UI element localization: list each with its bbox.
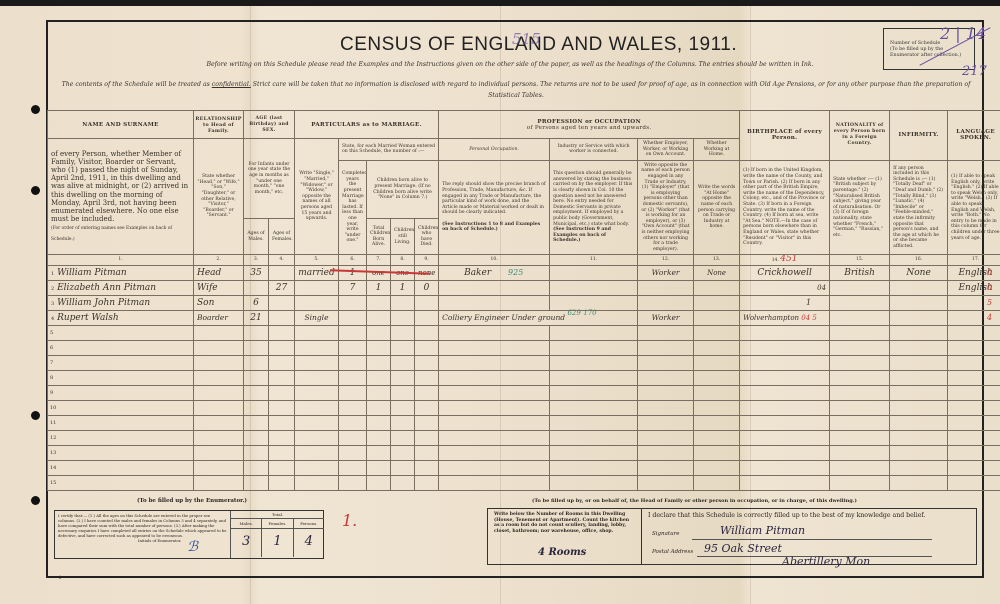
page-title: CENSUS OF ENGLAND AND WALES, 1911. <box>340 34 670 56</box>
col-name-instruction: of every Person, whether Member of Famil… <box>48 139 194 255</box>
signature-label: Signature <box>652 531 680 537</box>
col-number: 16. <box>890 255 948 266</box>
rooms-value: 4 Rooms <box>538 550 586 556</box>
total-persons: Persons.4 <box>294 519 324 557</box>
age-male-cell: 21 <box>244 311 269 326</box>
page-number: 4 <box>58 575 61 581</box>
infirmity-instruction: If any person included in this Schedule … <box>890 160 948 255</box>
row-number: 10 <box>48 401 194 416</box>
col-age-instruction: For Infants under one year state the age… <box>244 139 295 219</box>
row-number: 9 <box>48 386 194 401</box>
rooms-instruction: Write below the Number of Rooms in this … <box>494 512 635 534</box>
age-female-cell <box>269 296 295 311</box>
condition-cell: married <box>295 266 339 281</box>
head-section-label: (To be filled up by, or on behalf of, th… <box>532 498 972 504</box>
col-number: 17. <box>948 255 1000 266</box>
children-died-cell: 0 <box>415 281 439 296</box>
employer-cell <box>638 296 694 311</box>
table-row: 8 <box>48 371 1000 386</box>
margin-code: 4 <box>987 313 992 322</box>
punch-hole-icon <box>31 105 40 114</box>
children-living-cell <box>391 296 415 311</box>
children-died-cell <box>415 296 439 311</box>
table-row: 12 <box>48 431 1000 446</box>
margin-code: 0 <box>987 268 992 277</box>
children-living-cell: 1 <box>391 281 415 296</box>
row-number: 13 <box>48 446 194 461</box>
col-number: 12. <box>638 255 694 266</box>
occupation-cell: Colliery Engineer Under ground 629 170 <box>439 311 638 326</box>
relationship-cell: Boarder <box>194 311 244 326</box>
col-number: 10. <box>439 255 550 266</box>
children-total-cell <box>367 296 391 311</box>
red-mark: 1. <box>342 511 357 530</box>
enumerator-initials: ℬ <box>187 539 198 555</box>
col-nationality-heading: NATIONALITY of every Person born in a Fo… <box>830 111 890 161</box>
confidential-notice: The contents of the Schedule will be tre… <box>56 79 976 101</box>
birthplace-cell: Crickhowell <box>740 266 830 281</box>
schedule-number-corrected: 217 <box>962 64 987 79</box>
enumerator-section-label: (To be filled up by the Enumerator.) <box>102 498 282 504</box>
years-married-cell <box>339 311 367 326</box>
language-cell <box>948 311 1000 326</box>
col-number: 2. <box>194 255 244 266</box>
employer-cell: Worker <box>638 266 694 281</box>
table-row: 4 Rupert Walsh Boarder 21 Single Collier… <box>48 311 1000 326</box>
confidential-word: confidential. <box>212 81 251 88</box>
col-number: 5. <box>295 255 339 266</box>
signature-line <box>692 539 932 540</box>
col-relationship-instruction: State whether "Head," or "Wife," "Son," … <box>194 139 244 255</box>
relationship-cell: Wife <box>194 281 244 296</box>
col-number: 8. <box>391 255 415 266</box>
col-number: 1. <box>48 255 194 266</box>
margin-code: 0 <box>987 283 992 292</box>
nationality-cell: British <box>830 266 890 281</box>
infirmity-cell: None <box>890 266 948 281</box>
children-total-cell: 1 <box>367 281 391 296</box>
table-row: 3 William John Pitman Son 6 1 <box>48 296 1000 311</box>
punch-hole-icon <box>31 411 40 420</box>
birthplace-cell: 04 <box>740 281 830 296</box>
industry-heading: Industry or Service with which worker is… <box>550 139 638 161</box>
row-number: 5 <box>48 326 194 341</box>
relationship-cell: Son <box>194 296 244 311</box>
instruction-line: Before writing on this Schedule please r… <box>100 61 920 68</box>
condition-cell <box>295 296 339 311</box>
col-condition-instruction: Write "Single," "Married," "Widower," or… <box>295 139 339 255</box>
col-number: 4. <box>269 255 295 266</box>
col-number: 6. <box>339 255 367 266</box>
punch-hole-icon <box>31 496 40 505</box>
occupation-cell <box>439 281 550 296</box>
col-birthplace-heading: BIRTHPLACE of every Person. <box>740 111 830 161</box>
col-number: 9. <box>415 255 439 266</box>
col-marriage-heading: PARTICULARS as to MARRIAGE. <box>295 111 439 139</box>
home-cell: None <box>694 266 740 281</box>
totals-box: Total. Males.3 Females.1 Persons.4 <box>230 511 324 558</box>
birthplace-instruction: (1) If born in the United Kingdom, write… <box>740 160 830 255</box>
col-number: 14. 451 <box>740 255 830 266</box>
language-cell: English <box>948 281 1000 296</box>
row-number: 12 <box>48 431 194 446</box>
row-number: 6 <box>48 341 194 356</box>
nationality-cell <box>830 296 890 311</box>
table-row: 10 <box>48 401 1000 416</box>
marriage-years-instruction: Completed years the present Marriage has… <box>339 160 367 255</box>
age-male-cell <box>244 281 269 296</box>
row-number: 14 <box>48 461 194 476</box>
table-row: 6 <box>48 341 1000 356</box>
ages-females-label: Ages of Females. <box>269 219 295 255</box>
name-cell: 1 William Pitman <box>48 266 194 281</box>
total-females: Females.1 <box>262 519 293 557</box>
col-number: 15. <box>830 255 890 266</box>
name-cell: 2 Elizabeth Ann Pitman <box>48 281 194 296</box>
name-cell: 4 Rupert Walsh <box>48 311 194 326</box>
col-number: 7. <box>367 255 391 266</box>
col-occupation-heading: PROFESSION or OCCUPATIONof Persons aged … <box>439 111 740 139</box>
age-female-cell <box>269 311 295 326</box>
total-children-label: Total Children Born Alive. <box>367 219 391 255</box>
signature-value: William Pitman <box>720 524 805 537</box>
census-schedule-page: CENSUS OF ENGLAND AND WALES, 1911. 515 B… <box>0 6 1000 604</box>
home-instruction: Write the words "At Home" opposite the n… <box>694 160 740 255</box>
occupation-cell: Baker 925 <box>439 266 550 281</box>
table-row: 9 <box>48 386 1000 401</box>
employer-cell <box>638 281 694 296</box>
schedule-number-note: (To be filled up by the Enumerator after… <box>890 47 971 59</box>
language-cell <box>948 296 1000 311</box>
employer-heading: Whether Employer, Worker, or Working on … <box>638 139 694 161</box>
nationality-cell <box>830 281 890 296</box>
children-living-label: Children still Living. <box>391 219 415 255</box>
home-cell <box>694 311 740 326</box>
row-number: 7 <box>48 356 194 371</box>
age-male-cell: 35 <box>244 266 269 281</box>
enumerator-box: I certify that:— (1.) All the ages on th… <box>54 510 324 559</box>
census-table: NAME AND SURNAME RELATIONSHIP to Head of… <box>47 110 1000 491</box>
table-row: 7 <box>48 356 1000 371</box>
title-annotation: 515 <box>512 30 541 48</box>
language-instruction: (1) If able to speak English only, write… <box>948 160 1000 255</box>
years-married-cell <box>339 296 367 311</box>
years-married-cell: 7 <box>339 281 367 296</box>
name-cell: 3 William John Pitman <box>48 296 194 311</box>
col-relationship-heading: RELATIONSHIP to Head of Family. <box>194 111 244 139</box>
children-died-label: Children who have Died. <box>415 219 439 255</box>
col-language-heading: LANGUAGE SPOKEN. <box>948 111 1000 161</box>
years-married-cell: 1 <box>339 266 367 281</box>
employer-cell: Worker <box>638 311 694 326</box>
home-cell <box>694 296 740 311</box>
personal-occupation-heading: Personal Occupation. <box>439 139 550 161</box>
children-total-cell <box>367 311 391 326</box>
language-cell: English <box>948 266 1000 281</box>
col-number: 11. <box>550 255 638 266</box>
address-label: Postal Address <box>652 549 693 555</box>
footer-section: (To be filled up by the Enumerator.) I c… <box>47 493 983 577</box>
relationship-cell: Head <box>194 266 244 281</box>
rooms-box: Write below the Number of Rooms in this … <box>487 508 642 565</box>
col-infirmity-heading: INFIRMITY. <box>890 111 948 161</box>
row-number: 15 <box>48 476 194 491</box>
industry-cell <box>550 281 638 296</box>
age-female-cell: 27 <box>269 281 295 296</box>
home-heading: Whether Working at Home. <box>694 139 740 161</box>
declaration-text: I declare that this Schedule is correctl… <box>648 512 925 519</box>
nationality-instruction: State whether :— (1) "British subject by… <box>830 160 890 255</box>
infirmity-cell <box>890 296 948 311</box>
birthplace-cell: 1 <box>740 296 830 311</box>
table-row: 2 Elizabeth Ann Pitman Wife 27 7 1 1 0 0… <box>48 281 1000 296</box>
table-row: 1 William Pitman Head 35 married 1 one o… <box>48 266 1000 281</box>
nationality-cell <box>830 311 890 326</box>
col-number: 3. <box>244 255 269 266</box>
address-line-1: 95 Oak Street <box>704 542 782 555</box>
age-male-cell: 6 <box>244 296 269 311</box>
declaration-box: I declare that this Schedule is correctl… <box>642 508 977 565</box>
children-living-cell <box>391 311 415 326</box>
personal-occupation-instruction: The reply should show the precise branch… <box>439 160 550 255</box>
infirmity-cell <box>890 281 948 296</box>
employer-instruction: Write opposite the name of each person e… <box>638 160 694 255</box>
enumerator-certification: I certify that:— (1.) All the ages on th… <box>58 513 228 543</box>
margin-code: 5 <box>987 298 992 307</box>
industry-cell <box>550 266 638 281</box>
industry-instruction: This question should generally be answer… <box>550 160 638 255</box>
totals-label: Total. <box>231 511 324 519</box>
address-line-2: Abertillery Mon <box>782 555 870 568</box>
col-number: 13. <box>694 255 740 266</box>
table-row: 11 <box>48 416 1000 431</box>
col-name-heading: NAME AND SURNAME <box>48 111 194 139</box>
col-age-heading: AGE (last Birthday) and SEX. <box>244 111 295 139</box>
row-number: 8 <box>48 371 194 386</box>
infirmity-cell <box>890 311 948 326</box>
table-row: 14 <box>48 461 1000 476</box>
total-males: Males.3 <box>231 519 262 557</box>
home-cell <box>694 281 740 296</box>
birthplace-cell: Wolverhampton 04 5 <box>740 311 830 326</box>
occupation-cell <box>439 296 550 311</box>
condition-cell: Single <box>295 311 339 326</box>
children-total-cell: one <box>367 266 391 281</box>
table-row: 15 <box>48 476 1000 491</box>
ages-males-label: Ages of Males. <box>244 219 269 255</box>
children-born-instruction: Children born alive to present Marriage.… <box>367 160 439 219</box>
table-row: 13 <box>48 446 1000 461</box>
children-died-cell <box>415 311 439 326</box>
punch-hole-icon <box>31 186 40 195</box>
age-female-cell <box>269 266 295 281</box>
condition-cell <box>295 281 339 296</box>
row-number: 11 <box>48 416 194 431</box>
married-women-instruction: State, for each Married Woman entered on… <box>339 139 439 161</box>
table-row: 5 <box>48 326 1000 341</box>
